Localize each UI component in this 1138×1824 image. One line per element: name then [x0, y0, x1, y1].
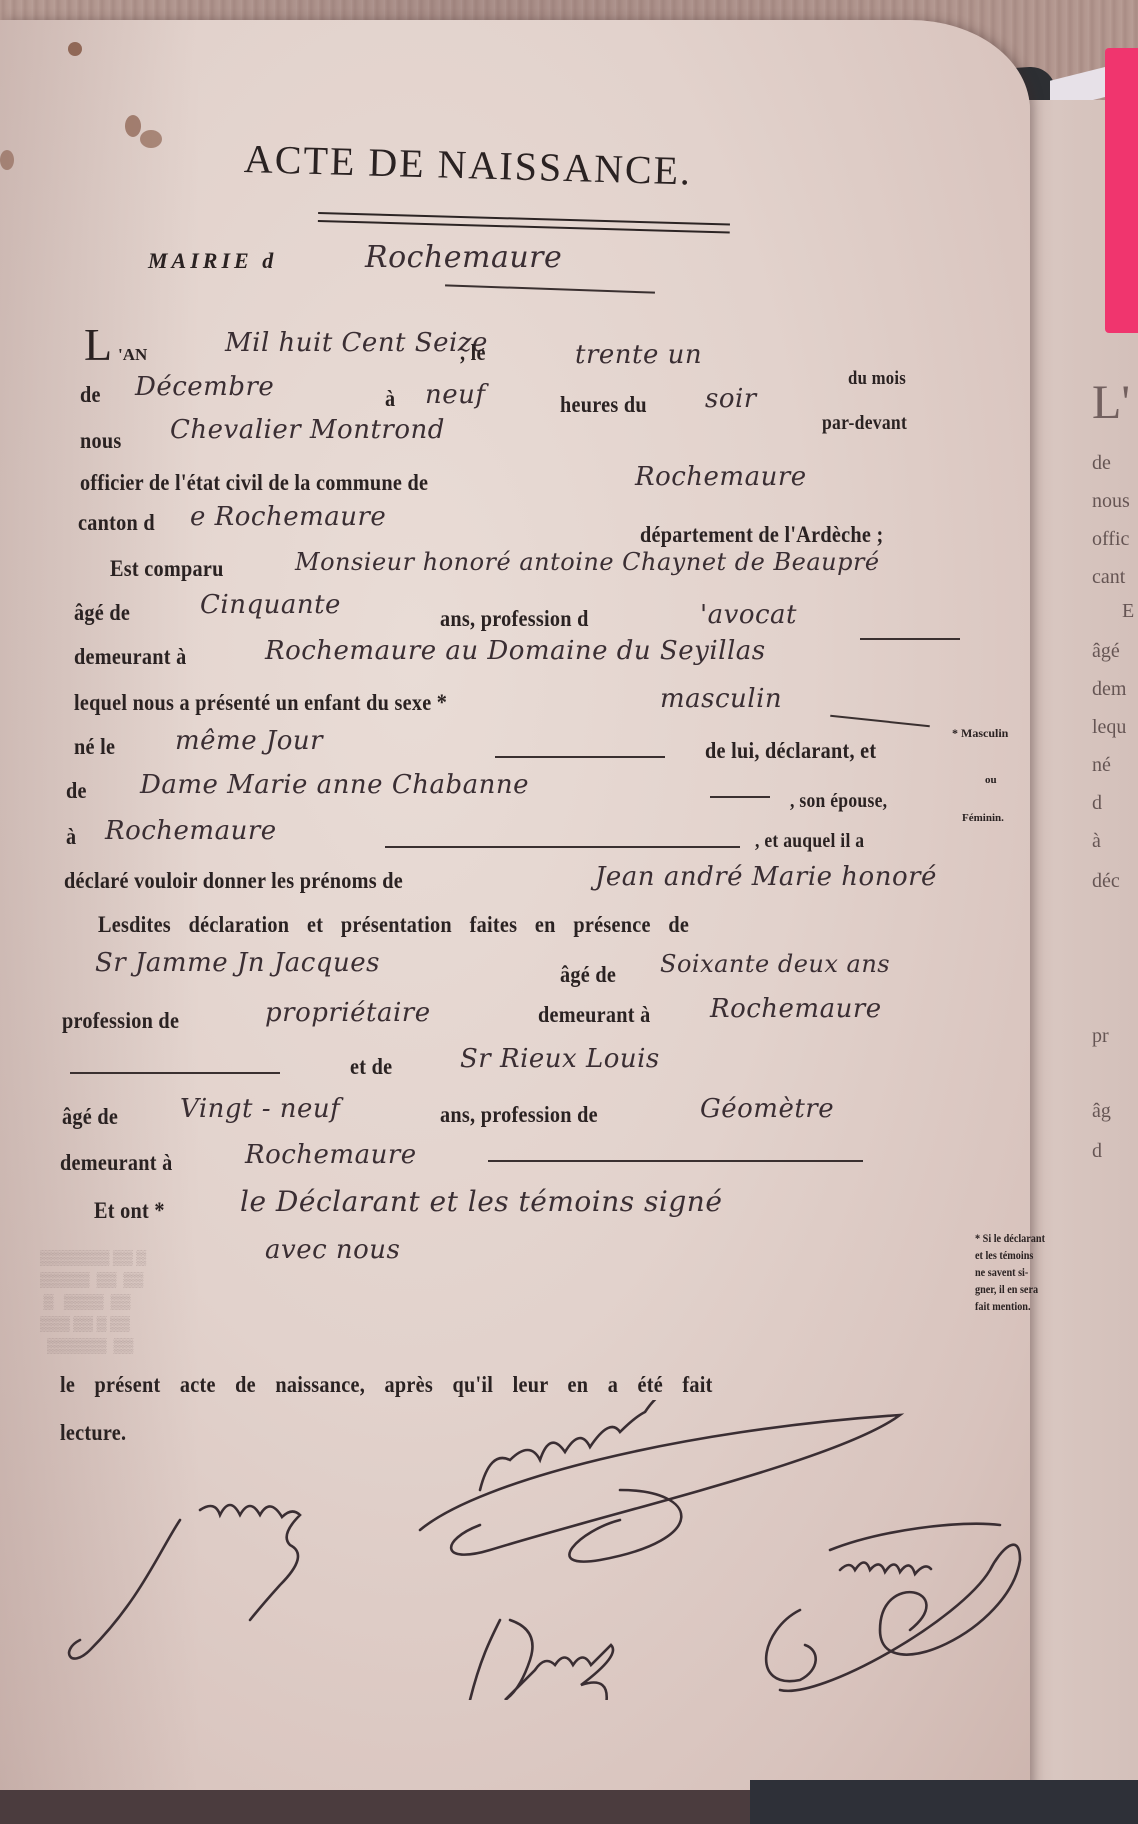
blank-line [860, 638, 960, 640]
print-lesdites: Lesdites déclaration et présentation fai… [98, 912, 689, 938]
mairie-value: Rochemaure [365, 240, 562, 275]
next-page-fragment: dem [1092, 678, 1126, 701]
print-age-de-w2: âgé de [62, 1104, 118, 1130]
hand-witness1-age: Soixante deux ans [660, 950, 890, 978]
next-page-fragment: E [1122, 600, 1134, 623]
margin-note-signature: * Si le déclarant et les témoins ne save… [975, 1230, 1045, 1315]
next-page-fragment: âg [1092, 1100, 1111, 1123]
print-est-comparu: Est comparu [110, 556, 224, 582]
hand-avec-nous: avec nous [265, 1235, 400, 1265]
next-page-fragment: d [1092, 1140, 1102, 1163]
hand-canton: e Rochemaure [190, 502, 386, 532]
hand-sex: masculin [660, 684, 782, 714]
print-profession: ans, profession d [440, 606, 589, 632]
ink-stain [140, 130, 162, 148]
next-page-fragment: déc [1092, 870, 1120, 893]
ink-stain [125, 115, 141, 137]
mairie-label: MAIRIE d [148, 248, 277, 274]
hand-day: trente un [575, 340, 702, 370]
hand-age: Cinquante [200, 590, 341, 620]
print-et-ont: Et ont * [94, 1198, 165, 1224]
blank-line [495, 756, 665, 758]
hand-commune: Rochemaure [635, 462, 807, 492]
hand-mother: Dame Marie anne Chabanne [140, 770, 529, 800]
hand-witness1: Sr Jamme Jn Jacques [95, 948, 380, 978]
hand-witness2-residence: Rochemaure [245, 1140, 417, 1170]
next-page-fragment: de [1092, 452, 1111, 475]
hand-signed-statement: le Déclarant et les témoins signé [240, 1185, 722, 1218]
hand-child-names: Jean andré Marie honoré [595, 862, 937, 892]
hand-birth-place: Rochemaure [105, 816, 277, 846]
blank-line [710, 796, 770, 798]
print-et-auquel: , et auquel il a [755, 830, 864, 853]
print-ne-le: né le [74, 734, 115, 760]
print-departement: département de l'Ardèche ; [640, 522, 883, 548]
print-demeurant-w2: demeurant à [60, 1150, 173, 1176]
hand-witness1-residence: Rochemaure [710, 994, 882, 1024]
margin-note-masculin: * Masculin [952, 726, 1008, 741]
hand-year: Mil huit Cent Seize [225, 328, 488, 358]
margin-note-line: gner, il en sera [975, 1281, 1045, 1298]
margin-note-line: fait mention. [975, 1298, 1045, 1315]
print-declare-vouloir: déclaré vouloir donner les prénoms de [64, 868, 403, 894]
print-du-mois: du mois [848, 368, 906, 390]
print-present-acte: le présent acte de naissance, après qu'i… [60, 1372, 713, 1398]
print-demeurant: demeurant à [74, 644, 187, 670]
margin-note-feminin: Féminin. [962, 812, 1004, 824]
next-page-fragment: nous [1092, 490, 1130, 513]
print-son-epouse: , son épouse, [790, 790, 887, 813]
margin-note-line: ne savent si- [975, 1264, 1045, 1281]
print-age-de: âgé de [74, 600, 130, 626]
dropcap-L: L [84, 318, 112, 371]
ink-stain [0, 150, 14, 170]
hand-witness2-profession: Géomètre [700, 1094, 834, 1124]
margin-note-line: * Si le déclarant [975, 1230, 1045, 1247]
print-a: à [385, 386, 395, 412]
print-lequel: lequel nous a présenté un enfant du sexe… [74, 690, 447, 716]
blank-line [385, 846, 740, 848]
hand-hour: neuf [425, 380, 486, 410]
dark-cloth [750, 1780, 1138, 1824]
hand-officer: Chevalier Montrond [170, 415, 445, 445]
bleed-through-text: ▒▒▒▒▒▒▒ ▒▒ ▒ ▒▒▒▒▒ ▒▒ ▒▒ ▒ ▒▒▒▒ ▒▒ ▒▒▒ ▒… [40, 1248, 146, 1358]
print-de-lui: de lui, déclarant, et [705, 738, 876, 764]
hand-period: soir [705, 384, 757, 414]
print-de: de [80, 382, 101, 408]
next-page-dropcap: L' [1092, 375, 1130, 430]
print-an: 'AN [118, 345, 147, 365]
ink-stain [68, 42, 82, 56]
next-page-fragment: à [1092, 830, 1101, 853]
print-officier: officier de l'état civil de la commune d… [80, 470, 428, 496]
next-page-fragment: lequ [1092, 716, 1126, 739]
print-profession-w1: profession de [62, 1008, 179, 1034]
blank-line [488, 1160, 863, 1162]
print-de-mother: de [66, 778, 87, 804]
hand-witness1-profession: propriétaire [265, 998, 431, 1028]
print-et-de: et de [350, 1054, 392, 1080]
print-le: , le [460, 340, 486, 366]
next-page-fragment: d [1092, 792, 1102, 815]
hand-residence: Rochemaure au Domaine du Seyillas [265, 636, 766, 666]
hand-declarant: Monsieur honoré antoine Chaynet de Beaup… [295, 548, 880, 576]
blank-line [70, 1072, 280, 1074]
print-ans-profession-w2: ans, profession de [440, 1102, 598, 1128]
next-page-fragment: cant [1092, 566, 1125, 589]
print-a-place: à [66, 824, 76, 850]
next-page-fragment: âgé [1092, 640, 1120, 663]
print-canton: canton d [78, 510, 155, 536]
margin-note-line: et les témoins [975, 1247, 1045, 1264]
print-par-devant: par-devant [822, 412, 907, 435]
print-heures-du: heures du [560, 392, 647, 418]
hand-witness2: Sr Rieux Louis [460, 1044, 660, 1074]
hand-profession: 'avocat [700, 600, 797, 630]
next-page-fragment: offic [1092, 528, 1129, 551]
next-page-fragment: pr [1092, 1025, 1109, 1048]
hand-birth-date: même Jour [175, 726, 323, 756]
next-page-fragment: né [1092, 754, 1111, 777]
hand-month: Décembre [135, 372, 274, 402]
print-demeurant-w1: demeurant à [538, 1002, 651, 1028]
margin-note-ou: ou [985, 774, 997, 786]
print-age-de-w1: âgé de [560, 962, 616, 988]
print-nous: nous [80, 428, 122, 454]
hand-witness2-age: Vingt - neuf [180, 1094, 340, 1124]
pink-sticky-tab [1105, 48, 1138, 333]
